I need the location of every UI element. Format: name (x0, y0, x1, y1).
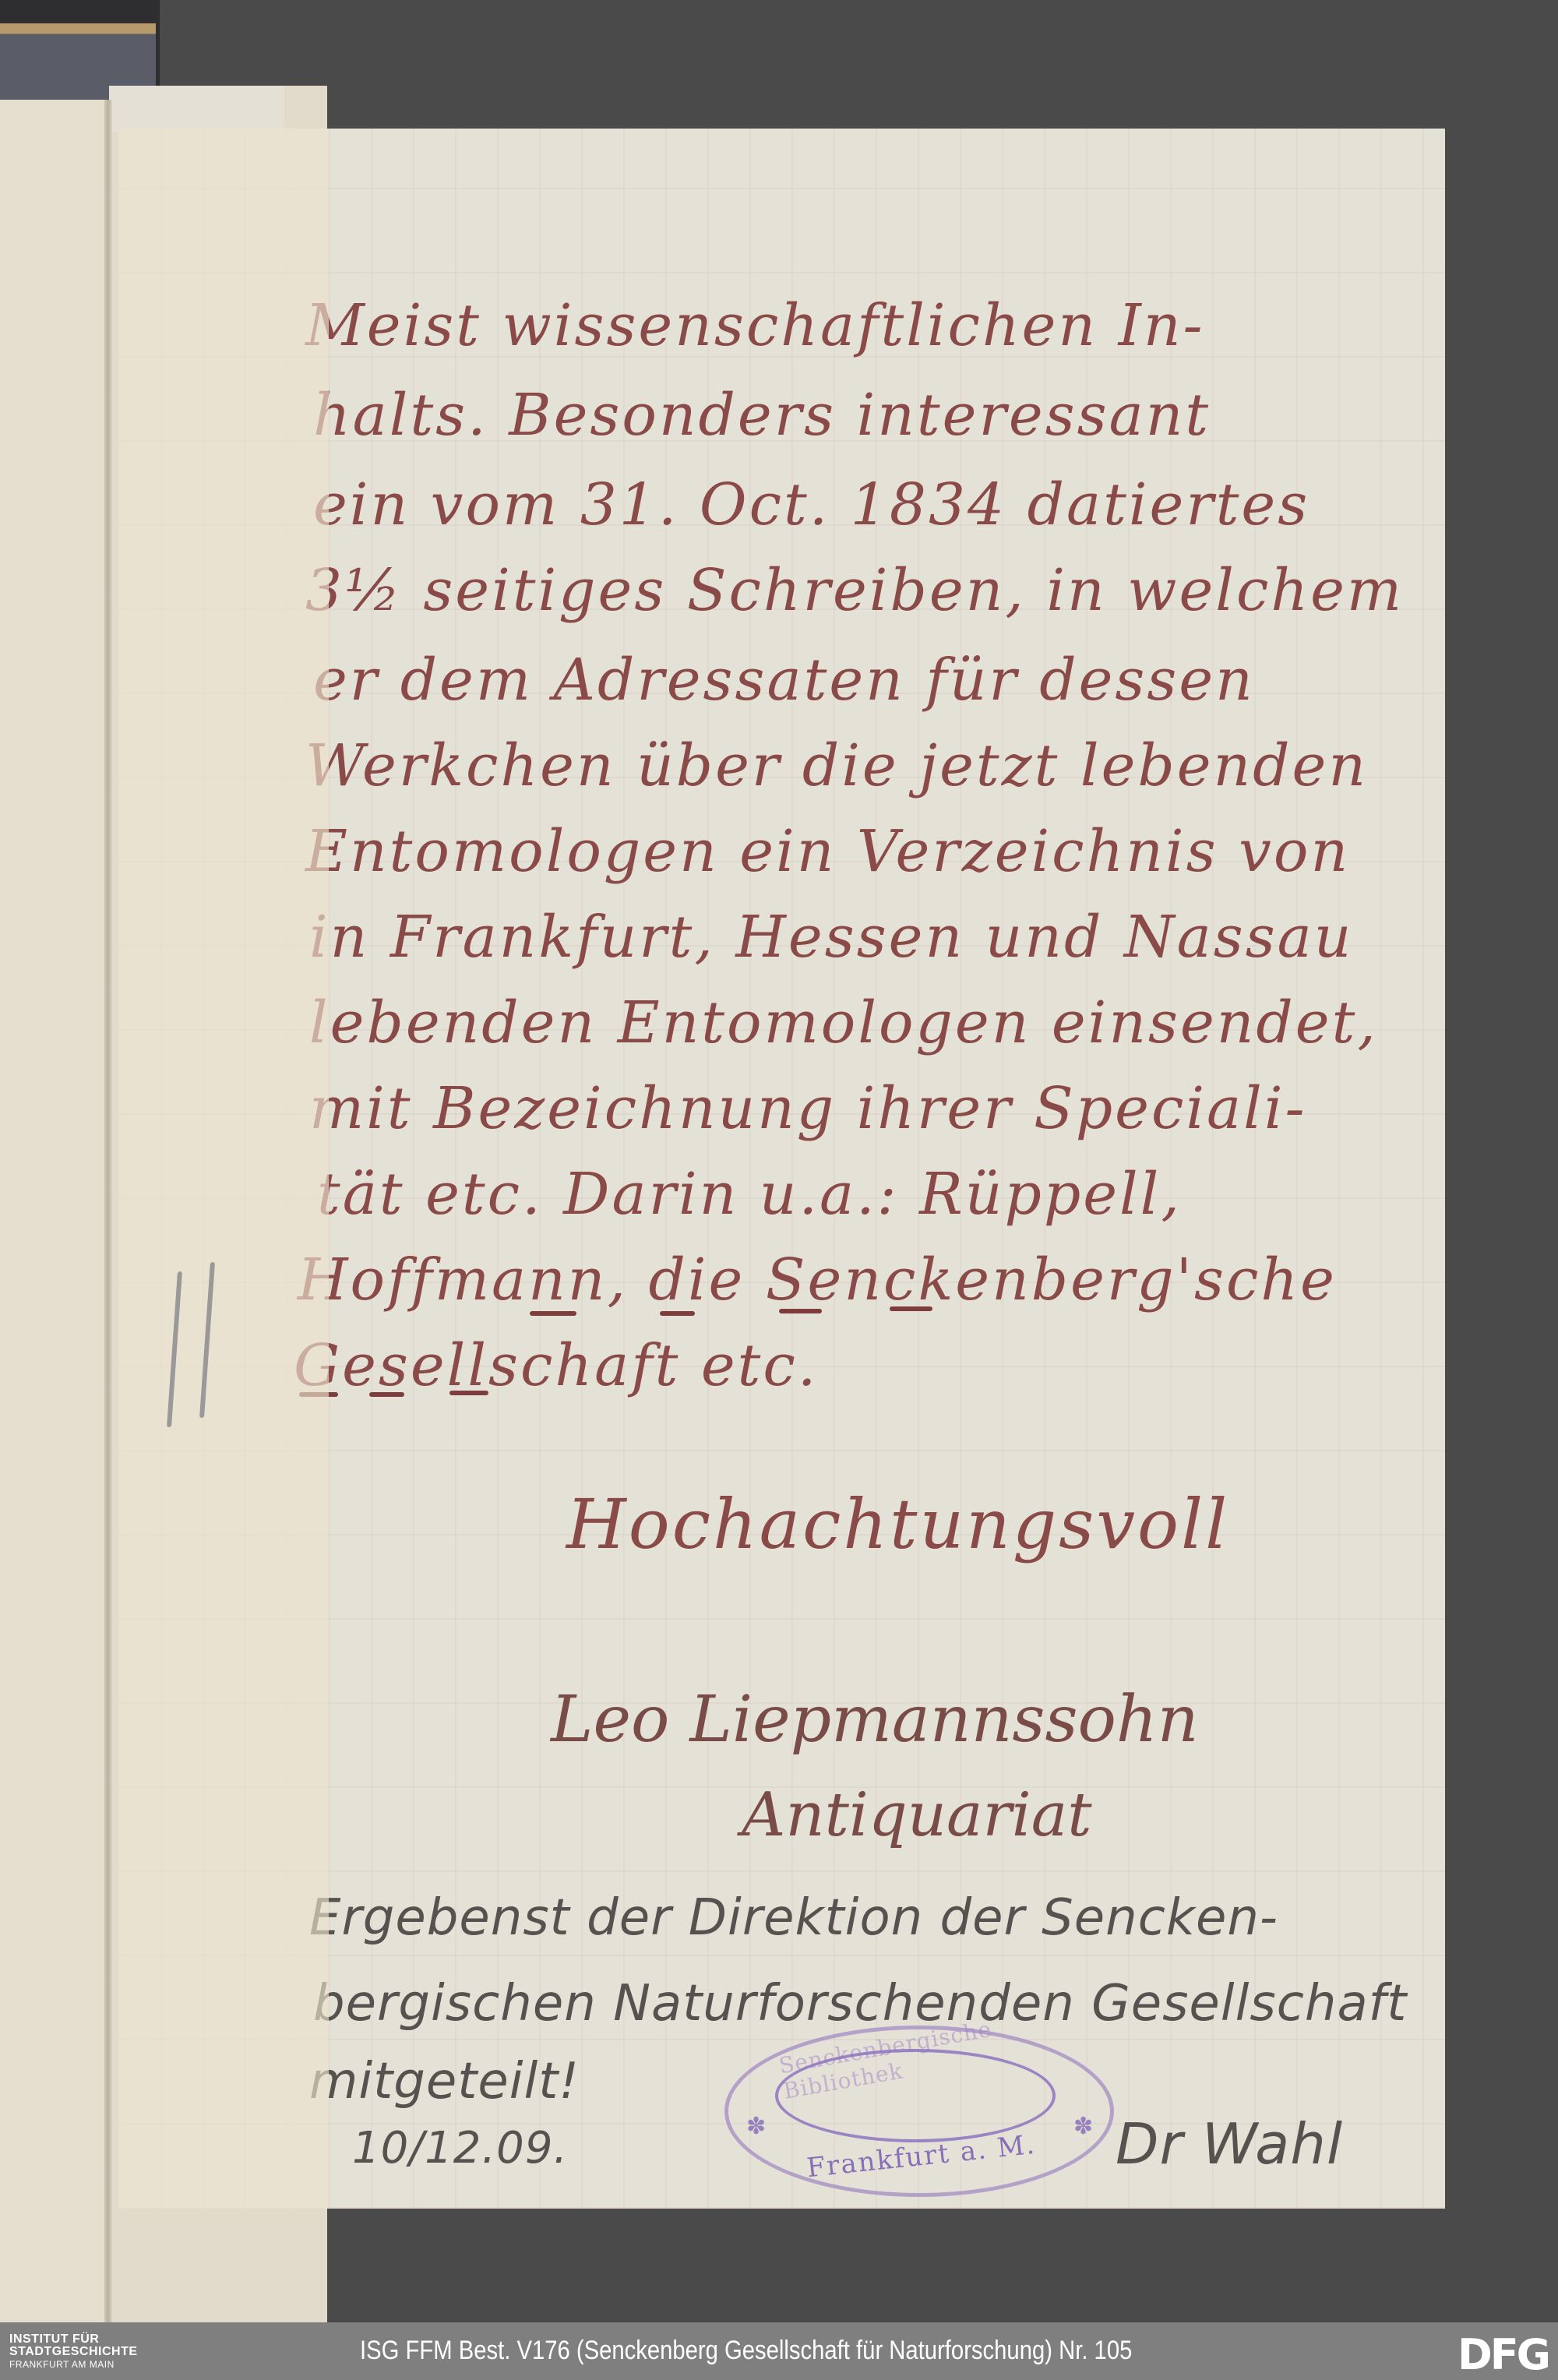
dfg-logo: DFG (1458, 2330, 1549, 2379)
library-stamp: Senckenbergische Bibliothek ✽ ✽ Frankfur… (724, 2026, 1114, 2197)
annotation-signature: Dr Wahl (1116, 2111, 1343, 2177)
margin-mark (167, 1262, 214, 1426)
underline-mark (660, 1311, 695, 1316)
underline-mark (890, 1306, 932, 1311)
letter-line: in Frankfurt, Hessen und Nassau (309, 904, 1353, 971)
sheet-overlap-tint (118, 129, 329, 2209)
letter-line: Entomologen ein Verzeichnis von (305, 818, 1350, 885)
margin-stroke (199, 1262, 215, 1418)
institution-name-line1: INSTITUT FÜR (9, 2333, 138, 2346)
institution-location: FRANKFURT AM MAIN (9, 2360, 138, 2369)
letter-line: Meist wissenschaftlichen In- (305, 292, 1205, 359)
letter-line: halts. Besonders interessant (313, 382, 1211, 449)
left-book-page (0, 100, 109, 2328)
letter-line: tät etc. Darin u.a.: Rüppell, (317, 1161, 1182, 1228)
underline-mark (779, 1309, 822, 1313)
letter-line: lebenden Entomologen einsendet, (309, 989, 1378, 1056)
underline-mark (369, 1392, 404, 1397)
letter-line: ein vom 31. Oct. 1834 datiertes (313, 471, 1309, 538)
margin-stroke (167, 1271, 182, 1427)
letter-line: Gesellschaft etc. (294, 1332, 818, 1399)
underline-mark (530, 1311, 576, 1316)
letter-line: Hoffmann, die Senckenberg'sche (298, 1246, 1337, 1313)
letter-line: Werkchen über die jetzt lebenden (305, 732, 1368, 799)
annotation-line: bergischen Naturforschenden Gesellschaft (313, 1975, 1407, 2033)
annotation-line: Ergebenst der Direktion der Sencken- (309, 1889, 1278, 1947)
underlying-page-top (109, 86, 284, 132)
book-gutter (104, 100, 112, 2328)
footer-bar: INSTITUT FÜR STADTGESCHICHTE FRANKFURT A… (0, 2322, 1558, 2380)
annotation-line: mitgeteilt! (309, 2053, 580, 2110)
underline-mark (449, 1391, 488, 1395)
stamp-ornament-icon: ✽ (746, 2113, 766, 2140)
signature-title: Antiquariat (742, 1780, 1092, 1850)
signature-name: Leo Liepmannssohn (551, 1683, 1199, 1757)
document-caption: ISG FFM Best. V176 (Senckenberg Gesellsc… (360, 2336, 1132, 2366)
stamp-ornament-icon: ✽ (1073, 2113, 1093, 2140)
annotation-date: 10/12.09. (352, 2123, 568, 2174)
letter-line: er dem Adressaten für dessen (313, 647, 1255, 714)
letter-line: mit Bezeichnung ihrer Speciali- (309, 1075, 1307, 1142)
closing-salutation: Hochachtungsvoll (566, 1484, 1229, 1564)
institution-name-line2: STADTGESCHICHTE (9, 2346, 138, 2358)
institution-logo: INSTITUT FÜR STADTGESCHICHTE FRANKFURT A… (9, 2333, 138, 2369)
letter-line: 3½ seitiges Schreiben, in welchem (305, 557, 1404, 624)
